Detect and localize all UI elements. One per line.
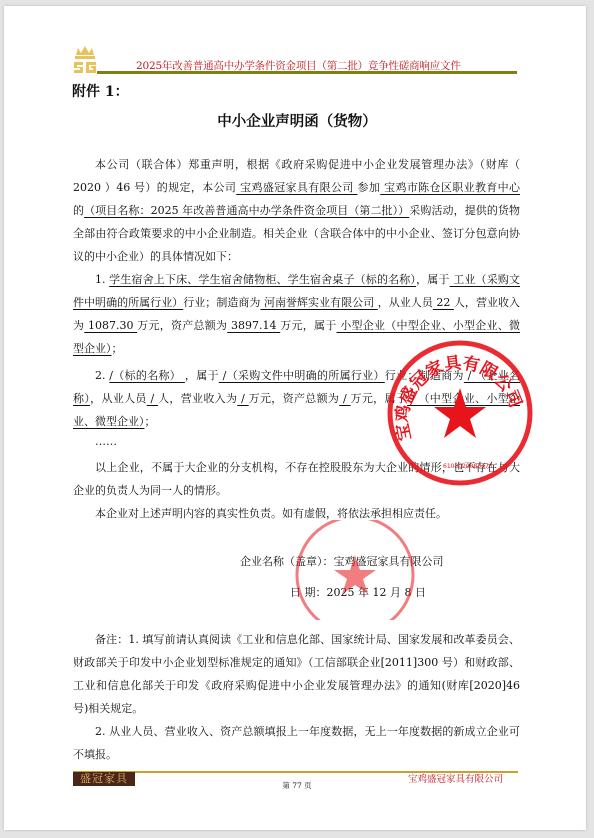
note-1: 备注：1. 填写前请认真阅读《工业和信息化部、国家统计局、国家发展和改革委员会、…	[73, 628, 520, 720]
industry: /（采购文件中明确的所属行业）	[219, 369, 385, 382]
header-divider	[97, 71, 517, 74]
total-assets: /	[339, 392, 350, 405]
footer-company: 宝鸡盛冠家具有限公司	[408, 771, 503, 785]
text: 万元，属于	[280, 319, 336, 332]
page-number: 第 77 页	[0, 780, 594, 791]
text: ，从业人员	[378, 296, 433, 309]
text: 参加	[358, 181, 381, 194]
company-seal-stamp-faded	[290, 520, 420, 620]
declaration-paragraph: 本公司（联合体）郑重声明，根据《政府采购促进中小企业发展管理办法》（财库（ 20…	[73, 153, 520, 268]
subject-name: 学生宿舍上下床、学生宿舍储物柜、学生宿舍桌子（标的名称）	[109, 273, 416, 286]
total-assets: 3897.14	[227, 319, 280, 332]
text: ；	[145, 415, 156, 428]
text: ，属于	[185, 369, 219, 382]
text: 人，营业收入为	[158, 392, 237, 405]
text: 行业；制造商为	[183, 296, 260, 309]
staff-count: 22	[433, 296, 454, 309]
staff-count: /	[147, 392, 158, 405]
text: 的	[73, 204, 84, 217]
text: 万元，资产总额为	[249, 392, 340, 405]
note-2: 2. 从业人员、营业收入、资产总额填报上一年度数据，无上一年度数据的新成立企业可…	[73, 720, 520, 766]
crown-sg-logo-icon	[72, 44, 98, 74]
revenue: 1087.30	[84, 319, 137, 332]
manufacturer: 河南誉辉实业有限公司	[260, 296, 377, 309]
document-title: 中小企业声明函（货物）	[0, 110, 594, 131]
buyer-name: 宝鸡市陈仓区职业教育中心	[380, 181, 520, 194]
text: ；	[112, 342, 123, 355]
company-seal-stamp: 宝鸡盛冠家具有限公司 6103020083470	[385, 338, 535, 488]
text: ，从业人员	[90, 392, 147, 405]
item-number: 2.	[95, 369, 109, 382]
subject-name: /（标的名称）	[109, 369, 185, 382]
bidder-company: 宝鸡盛冠家具有限公司	[236, 181, 357, 194]
text: ，属于	[416, 273, 449, 286]
svg-text:6103020083470: 6103020083470	[443, 463, 493, 470]
text: 万元，资产总额为	[137, 319, 227, 332]
revenue: /	[237, 392, 248, 405]
attachment-label: 附件 1：	[72, 81, 129, 101]
project-name: （项目名称：2025 年改善普通高中办学条件资金项目（第二批））	[84, 204, 409, 217]
item-number: 1.	[95, 273, 109, 286]
